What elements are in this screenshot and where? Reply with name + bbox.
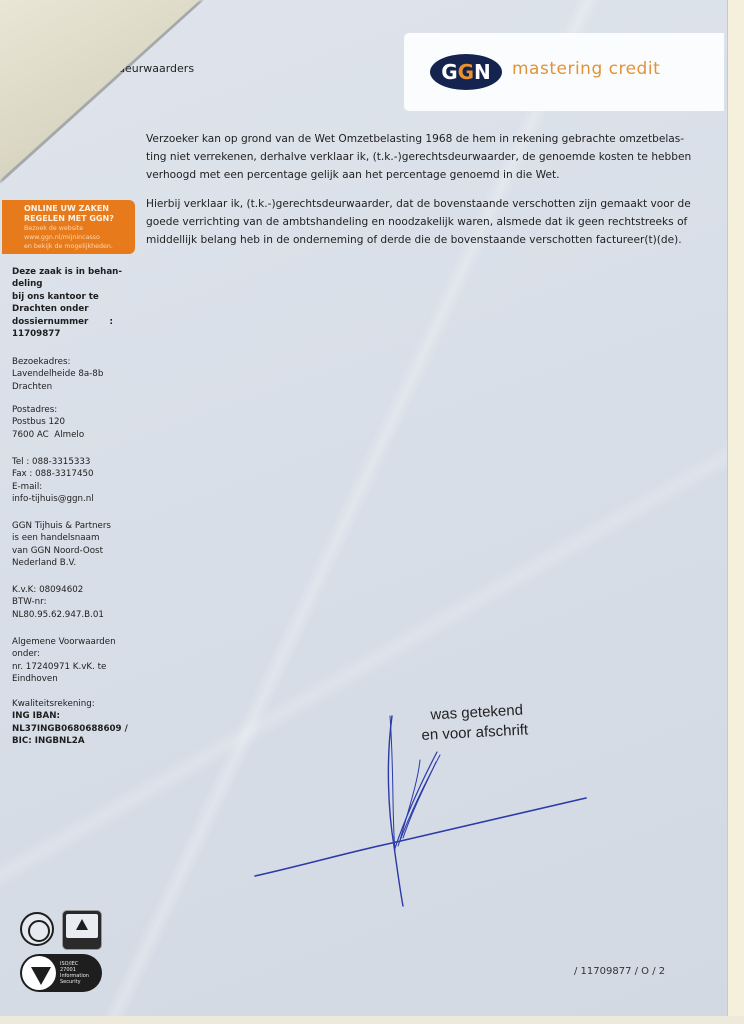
case-number: 11709877 [12, 328, 134, 340]
logo-letter-g2: G [458, 60, 474, 84]
vat-number: NL80.95.62.947.B.01 [12, 609, 134, 621]
promo-title-line: ONLINE UW ZAKEN [24, 204, 135, 214]
address-label: Bezoekadres: [12, 356, 134, 368]
terms-line: Algemene Voorwaarden [12, 636, 134, 648]
vat-declaration-paragraph: Verzoeker kan op grond van de Wet Omzetb… [146, 130, 706, 184]
address-line: Postbus 120 [12, 416, 134, 428]
logo-letter-g1: G [441, 60, 457, 84]
iso-description: Information Security [60, 973, 102, 985]
text-line: ting niet verrekenen, derhalve verklaar … [146, 148, 706, 166]
case-line: Drachten onder [12, 303, 134, 315]
email-label: E-mail: [12, 481, 134, 493]
signed-copy-stamp: was getekend en voor afschrift [420, 700, 529, 746]
company-line: van GGN Noord-Oost [12, 545, 134, 557]
online-promo-banner: ONLINE UW ZAKEN REGELEN MET GGN? Bezoek … [2, 200, 135, 254]
bank-info: Kwaliteitsrekening: ING IBAN: NL37INGB06… [12, 698, 134, 748]
text-line: Verzoeker kan op grond van de Wet Omzetb… [146, 130, 706, 148]
text-line: verhoogd met een percentage gelijk aan h… [146, 166, 706, 184]
text-line: Hierbij verklaar ik, (t.k.-)gerechtsdeur… [146, 195, 706, 213]
case-line: deling [12, 278, 134, 290]
logo-letter-n: N [474, 60, 491, 84]
case-info: Deze zaak is in behan- deling bij ons ka… [12, 266, 134, 340]
document-reference: / 11709877 / O / 2 [574, 966, 665, 977]
phone: Tel : 088-3315333 [12, 456, 134, 468]
promo-sub-line: Bezoek de website [24, 224, 135, 233]
ggn-logo: GGN mastering credit [404, 33, 724, 111]
vat-label: BTW-nr: [12, 596, 134, 608]
address-line: Lavendelheide 8a-8b [12, 368, 134, 380]
disbursement-declaration-paragraph: Hierbij verklaar ik, (t.k.-)gerechtsdeur… [146, 195, 706, 249]
promo-title-line: REGELEN MET GGN? [24, 214, 135, 224]
case-line: Deze zaak is in behan- [12, 266, 134, 278]
promo-sub-line: en bekijk de mogelijkheden. [24, 242, 135, 251]
terms-line: nr. 17240971 K.vK. te [12, 661, 134, 673]
company-line: GGN Tijhuis & Partners [12, 520, 134, 532]
visit-address: Bezoekadres: Lavendelheide 8a-8b Drachte… [12, 356, 134, 393]
email-link[interactable]: info-tijhuis@ggn.nl [12, 493, 134, 505]
tuv-certification-icon [62, 910, 102, 950]
iban: NL37INGB0680688609 / [12, 723, 134, 735]
bank-label: Kwaliteitsrekening: [12, 698, 134, 710]
address-line: 7600 AC Almelo [12, 429, 134, 441]
company-info: GGN Tijhuis & Partners is een handelsnaa… [12, 520, 134, 570]
address-line: Drachten [12, 381, 134, 393]
scan-background-right [727, 0, 744, 1024]
bsi-iso-27001-badge: ISO/IEC 27001 Information Security [20, 954, 102, 992]
postal-address: Postadres: Postbus 120 7600 AC Almelo [12, 404, 134, 441]
kvk-number: K.v.K: 08094602 [12, 584, 134, 596]
ggn-logo-mark: GGN [430, 54, 502, 90]
registration-info: K.v.K: 08094602 BTW-nr: NL80.95.62.947.B… [12, 584, 134, 621]
text-line: goede verrichting van de ambtshandeling … [146, 213, 706, 231]
fax: Fax : 088-3317450 [12, 468, 134, 480]
terms-line: Eindhoven [12, 673, 134, 685]
promo-website-link[interactable]: www.ggn.nl/mijnincasso [24, 233, 135, 242]
certification-badges: ISO/IEC 27001 Information Security [20, 910, 106, 994]
terms-line: onder: [12, 648, 134, 660]
text-line: middellijk belang heb in de onderneming … [146, 231, 706, 249]
bsi-kitemark-icon [31, 967, 51, 985]
bank-line: ING IBAN: [12, 710, 134, 722]
logo-tagline: mastering credit [512, 59, 660, 79]
terms-info: Algemene Voorwaarden onder: nr. 17240971… [12, 636, 134, 686]
case-line: bij ons kantoor te [12, 291, 134, 303]
company-line: Nederland B.V. [12, 557, 134, 569]
case-line: dossiernummer : [12, 316, 134, 328]
scan-background-bottom [0, 1016, 744, 1024]
bic: BIC: INGBNL2A [12, 735, 134, 747]
company-line: is een handelsnaam [12, 532, 134, 544]
address-label: Postadres: [12, 404, 134, 416]
contact-info: Tel : 088-3315333 Fax : 088-3317450 E-ma… [12, 456, 134, 506]
guarantee-seal-icon [20, 912, 54, 946]
